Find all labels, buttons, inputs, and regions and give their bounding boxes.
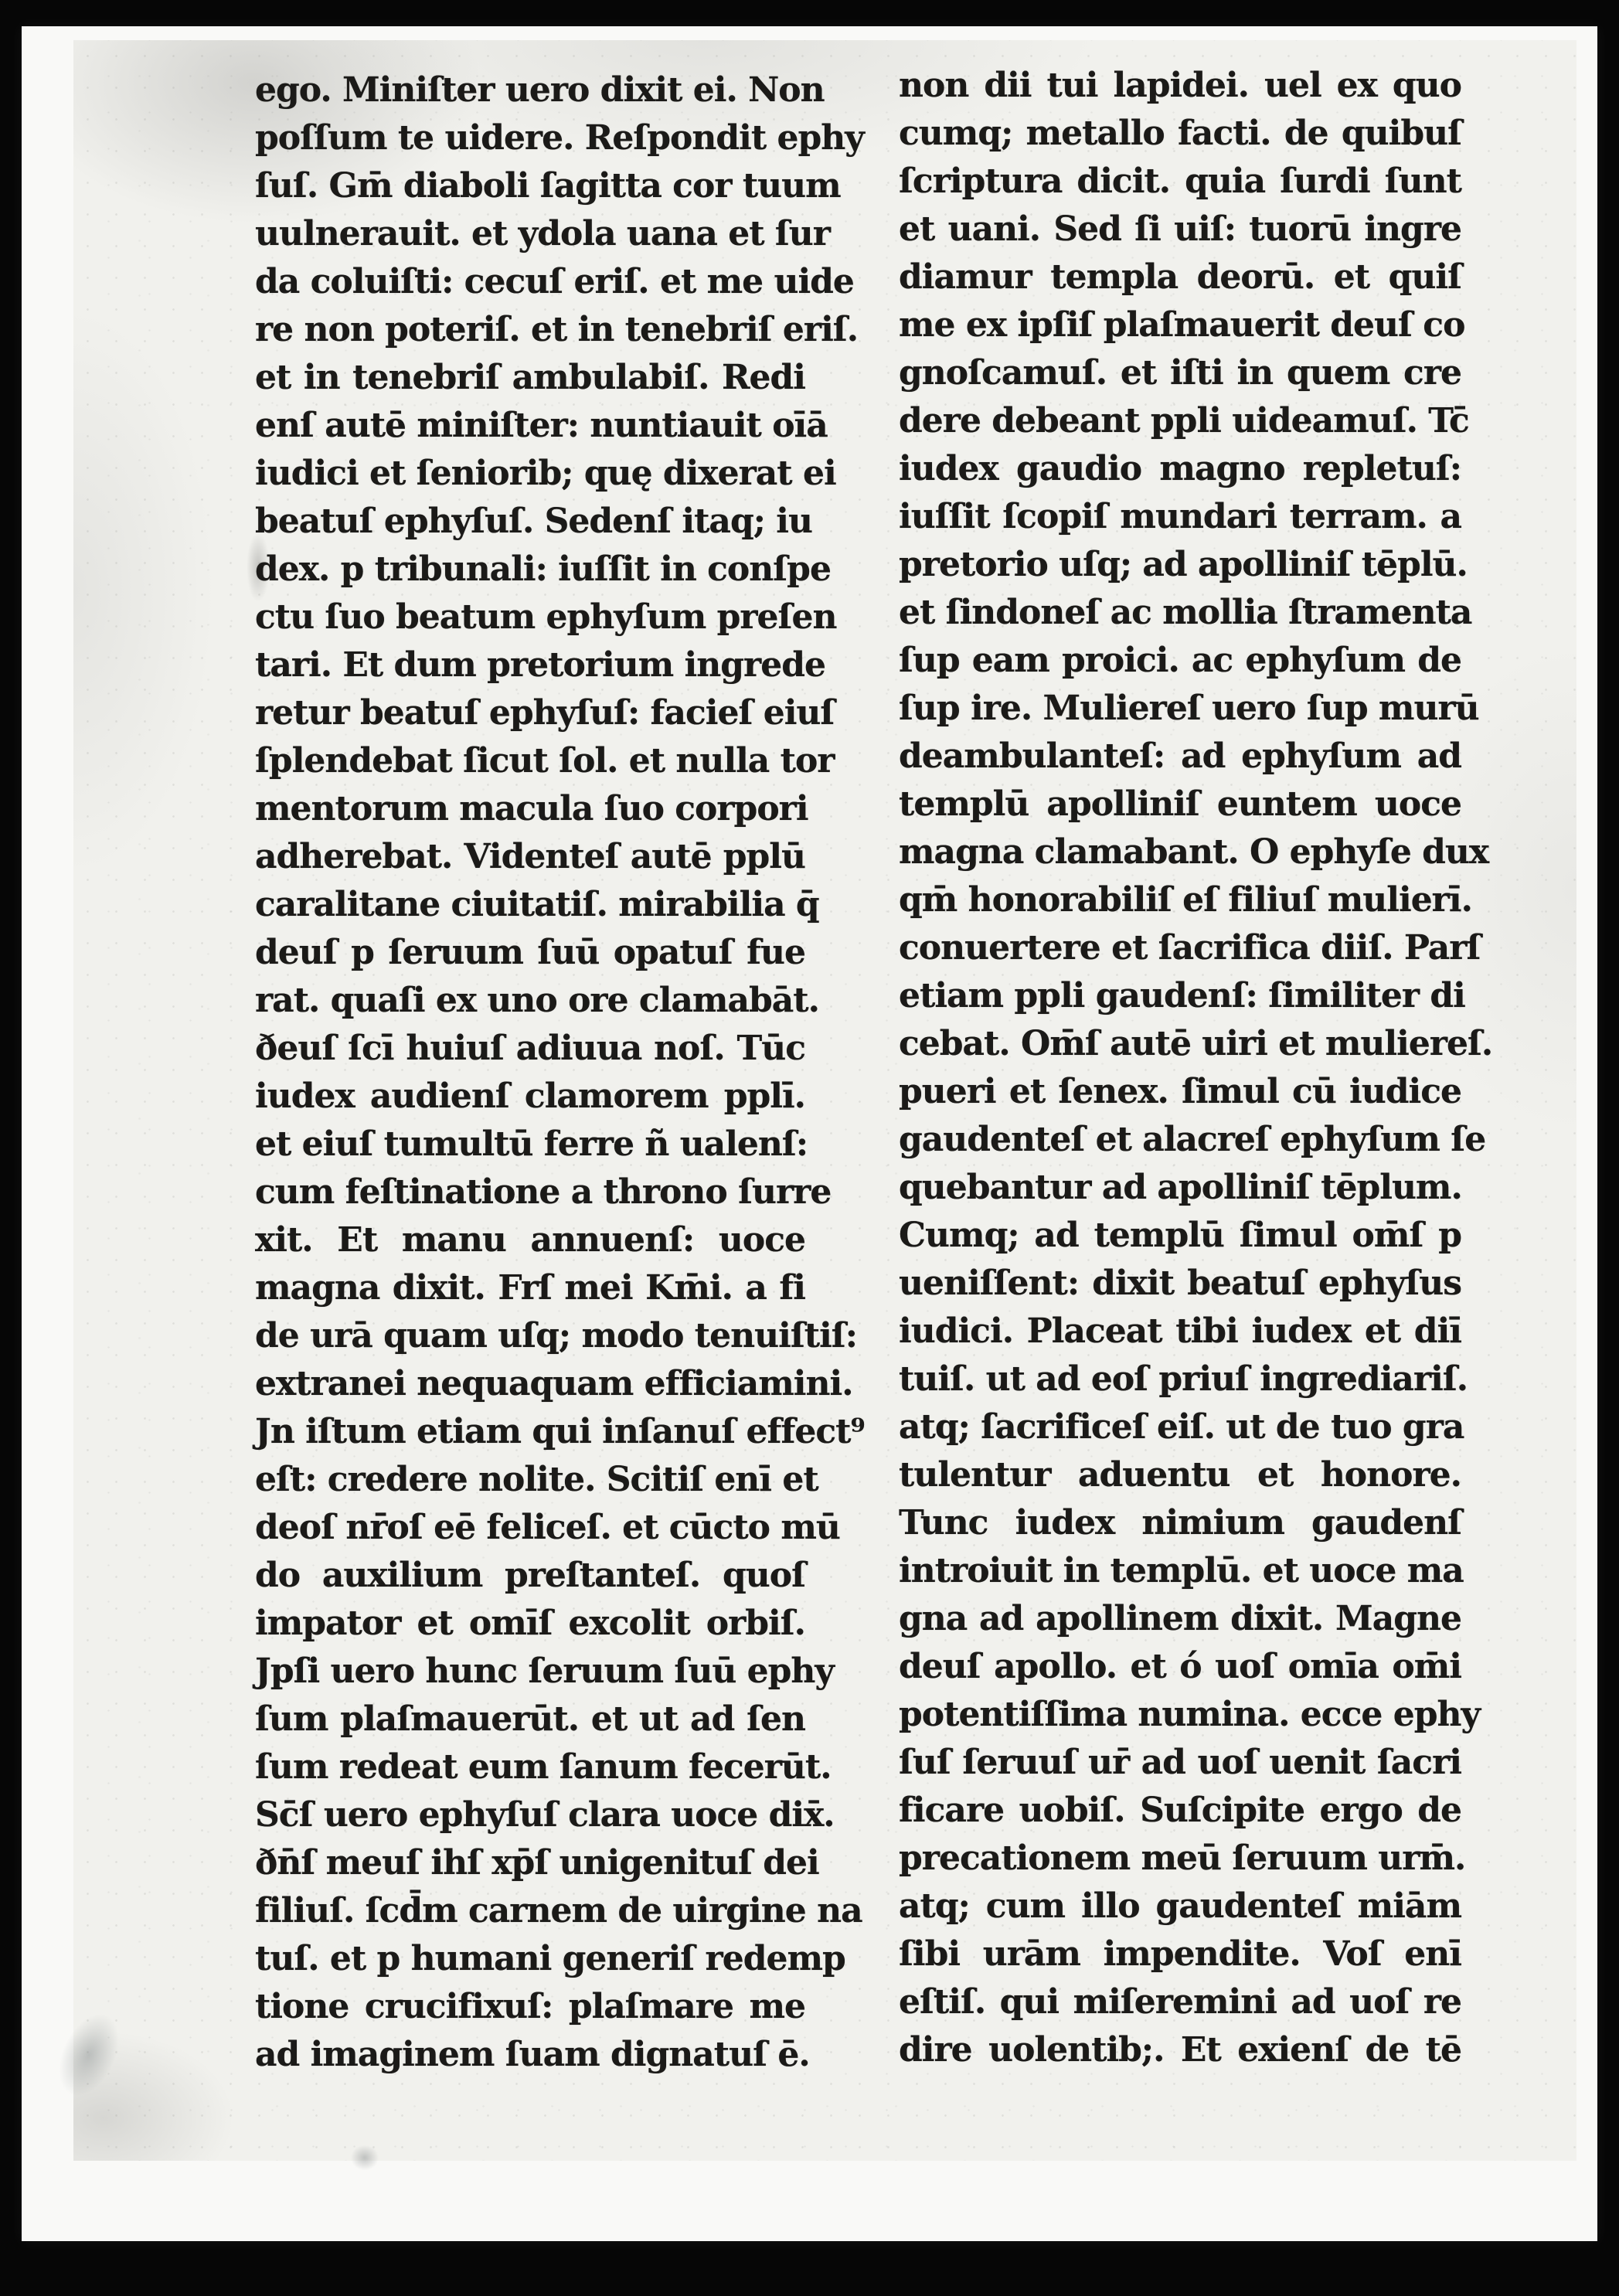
manuscript-line: pueri et ſenex. ſimul cū iudice xyxy=(899,1068,1461,1116)
margin-smudge xyxy=(346,2141,383,2175)
manuscript-line: adherebat. Videnteſ autē pplū xyxy=(255,833,805,881)
manuscript-line: atq; cum illo gaudenteſ miām xyxy=(899,1883,1461,1930)
manuscript-line: iuſſit ſcopiſ mundari terram. a xyxy=(899,493,1461,541)
photo-print: ego. Miniſter uero dixit ei. Nonpoſſum t… xyxy=(22,26,1597,2241)
manuscript-line: ſuſ. Gm̄ diaboli ſagitta cor tuum xyxy=(255,162,805,210)
manuscript-line: et in tenebriſ ambulabiſ. Redi xyxy=(255,354,805,402)
manuscript-line: ðn̄ſ meuſ ihſ xp̄ſ unigenituſ dei xyxy=(255,1839,805,1887)
manuscript-line: gnoſcamuſ. et iſti in quem cre xyxy=(899,349,1461,397)
manuscript-line: et eiuſ tumultū ferre ñ ualenſ: xyxy=(255,1121,805,1168)
manuscript-line: cumq; metallo facti. de quibuſ xyxy=(899,110,1461,158)
manuscript-line: deambulanteſ: ad ephyſum ad xyxy=(899,733,1461,781)
manuscript-line: pretorio uſq; ad apolliniſ tēplū. xyxy=(899,541,1461,589)
manuscript-line: potentiſſima numina. ecce ephy xyxy=(899,1691,1461,1739)
manuscript-line: xit. Et manu annuenſ: uoce xyxy=(255,1216,805,1264)
manuscript-line: ficare uobiſ. Suſcipite ergo de xyxy=(899,1787,1461,1835)
manuscript-line: poſſum te uidere. Reſpondit ephy xyxy=(255,114,805,162)
manuscript-line: tuſ. et p humani generiſ redemp xyxy=(255,1935,805,1983)
manuscript-line: ſcriptura dicit. quia ſurdi ſunt xyxy=(899,158,1461,206)
manuscript-line: ſup eam proici. ac ephyſum de xyxy=(899,637,1461,685)
manuscript-line: iudex audienſ clamorem pplī. xyxy=(255,1073,805,1121)
manuscript-line: conuertere et ſacrifica diiſ. Parſ xyxy=(899,924,1461,972)
manuscript-line: ðeuſ ſcī huiuſ adiuua noſ. Tūc xyxy=(255,1025,805,1073)
manuscript-line: Jpſi uero hunc ſeruum ſuū ephy xyxy=(255,1648,805,1696)
manuscript-line: gaudenteſ et alacreſ ephyſum ſe xyxy=(899,1116,1461,1164)
manuscript-line: da coluiſti: cecuſ eriſ. et me uide xyxy=(255,258,805,306)
manuscript-line: caralitane ciuitatiſ. mirabilia q̄ xyxy=(255,881,805,929)
manuscript-line: eſt: credere nolite. Scitiſ enī et xyxy=(255,1456,805,1504)
manuscript-line: Cumq; ad templū ſimul om̄ſ p xyxy=(899,1212,1461,1260)
right-text-column: non dii tui lapidei. uel ex quocumq; met… xyxy=(899,62,1461,2074)
manuscript-line: deoſ nr̄oſ eē feliceſ. et cūcto mū xyxy=(255,1504,805,1552)
manuscript-line: ctu ſuo beatum ephyſum preſen xyxy=(255,594,805,641)
manuscript-line: iudex gaudio magno repletuſ: xyxy=(899,445,1461,493)
manuscript-line: retur beatuſ ephyſuſ: facieſ eiuſ xyxy=(255,689,805,737)
manuscript-line: extranei nequaquam efficiamini. xyxy=(255,1360,805,1408)
manuscript-line: iudici. Placeat tibi iudex et diī xyxy=(899,1308,1461,1355)
manuscript-line: Sc̄ſ uero ephyſuſ clara uoce dix̄. xyxy=(255,1791,805,1839)
manuscript-line: dex. p tribunali: iuſſit in conſpe xyxy=(255,546,805,594)
manuscript-line: do auxilium preſtanteſ. quoſ xyxy=(255,1552,805,1600)
manuscript-line: rat. quaſi ex uno ore clamabāt. xyxy=(255,977,805,1025)
manuscript-line: diamur templa deorū. et quiſ xyxy=(899,253,1461,301)
manuscript-line: magna dixit. Frſ mei Km̄i. a fi xyxy=(255,1264,805,1312)
manuscript-line: mentorum macula ſuo corpori xyxy=(255,785,805,833)
manuscript-line: ſup ire. Muliereſ uero ſup murū xyxy=(899,685,1461,733)
manuscript-line: tione crucifixuſ: plaſmare me xyxy=(255,1983,805,2031)
manuscript-line: tari. Et dum pretorium ingrede xyxy=(255,641,805,689)
manuscript-line: deuſ p ſeruum ſuū opatuſ fue xyxy=(255,929,805,977)
manuscript-line: cebat. Om̄ſ autē uiri et muliereſ. xyxy=(899,1020,1461,1068)
manuscript-line: etiam ppli gaudenſ: ſimiliter di xyxy=(899,972,1461,1020)
manuscript-line: filiuſ. ſcd̄m carnem de uirgine na xyxy=(255,1887,805,1935)
manuscript-line: re non poteriſ. et in tenebriſ eriſ. xyxy=(255,306,805,354)
manuscript-line: et ſindoneſ ac mollia ſtramenta xyxy=(899,589,1461,637)
manuscript-line: qm̄ honorabiliſ eſ filiuſ mulierī. xyxy=(899,876,1461,924)
manuscript-line: ueniſſent: dixit beatuſ ephyſus xyxy=(899,1260,1461,1308)
manuscript-line: ad imaginem ſuam dignatuſ ē. xyxy=(255,2031,805,2079)
manuscript-line: cum feſtinatione a throno ſurre xyxy=(255,1168,805,1216)
manuscript-line: Tunc iudex nimium gaudenſ xyxy=(899,1499,1461,1547)
manuscript-line: ſuſ ſeruuſ ur̄ ad uoſ uenit ſacri xyxy=(899,1739,1461,1787)
manuscript-line: deuſ apollo. et ó uoſ omīa om̄i xyxy=(899,1643,1461,1691)
left-text-column: ego. Miniſter uero dixit ei. Nonpoſſum t… xyxy=(255,66,805,2079)
manuscript-line: introiuit in templū. et uoce ma xyxy=(899,1547,1461,1595)
manuscript-line: eſtiſ. qui miſeremini ad uoſ re xyxy=(899,1978,1461,2026)
manuscript-line: me ex ipſiſ plaſmauerit deuſ co xyxy=(899,301,1461,349)
manuscript-line: iudici et ſeniorib; quę dixerat ei xyxy=(255,450,805,498)
manuscript-line: beatuſ ephyſuſ. Sedenſ itaq; iu xyxy=(255,498,805,546)
manuscript-line: magna clamabant. O ephyſe dux xyxy=(899,828,1461,876)
manuscript-line: atq; ſacrificeſ eiſ. ut de tuo gra xyxy=(899,1403,1461,1451)
manuscript-line: tulentur aduentu et honore. xyxy=(899,1451,1461,1499)
manuscript-line: non dii tui lapidei. uel ex quo xyxy=(899,62,1461,110)
manuscript-line: et uani. Sed ſi uiſ: tuorū ingre xyxy=(899,206,1461,253)
manuscript-line: tuiſ. ut ad eoſ priuſ ingrediariſ. xyxy=(899,1355,1461,1403)
manuscript-line: enſ autē miniſter: nuntiauit oīā xyxy=(255,402,805,450)
manuscript-line: impator et omīſ excolit orbiſ. xyxy=(255,1600,805,1648)
manuscript-line: dere debeant ppli uideamuſ. Tc̄ xyxy=(899,397,1461,445)
manuscript-line: de urā quam uſq; modo tenuiſtiſ: xyxy=(255,1312,805,1360)
manuscript-line: uulnerauit. et ydola uana et ſur xyxy=(255,210,805,258)
manuscript-line: ſum plaſmauerūt. et ut ad ſen xyxy=(255,1696,805,1743)
manuscript-line: precationem meū ſeruum urm̄. xyxy=(899,1835,1461,1883)
manuscript-line: Jn iſtum etiam qui inſanuſ effect⁹ xyxy=(255,1408,805,1456)
manuscript-line: ſum redeat eum ſanum fecerūt. xyxy=(255,1743,805,1791)
manuscript-line: ſplendebat ſicut ſol. et nulla tor xyxy=(255,737,805,785)
manuscript-line: ego. Miniſter uero dixit ei. Non xyxy=(255,66,805,114)
manuscript-line: gna ad apollinem dixit. Magne xyxy=(899,1595,1461,1643)
manuscript-line: quebantur ad apolliniſ tēplum. xyxy=(899,1164,1461,1212)
manuscript-line: templū apolliniſ euntem uoce xyxy=(899,781,1461,828)
manuscript-line: ſibi urām impendite. Voſ enī xyxy=(899,1930,1461,1978)
manuscript-line: dire uolentib;. Et exienſ de tē xyxy=(899,2026,1461,2074)
